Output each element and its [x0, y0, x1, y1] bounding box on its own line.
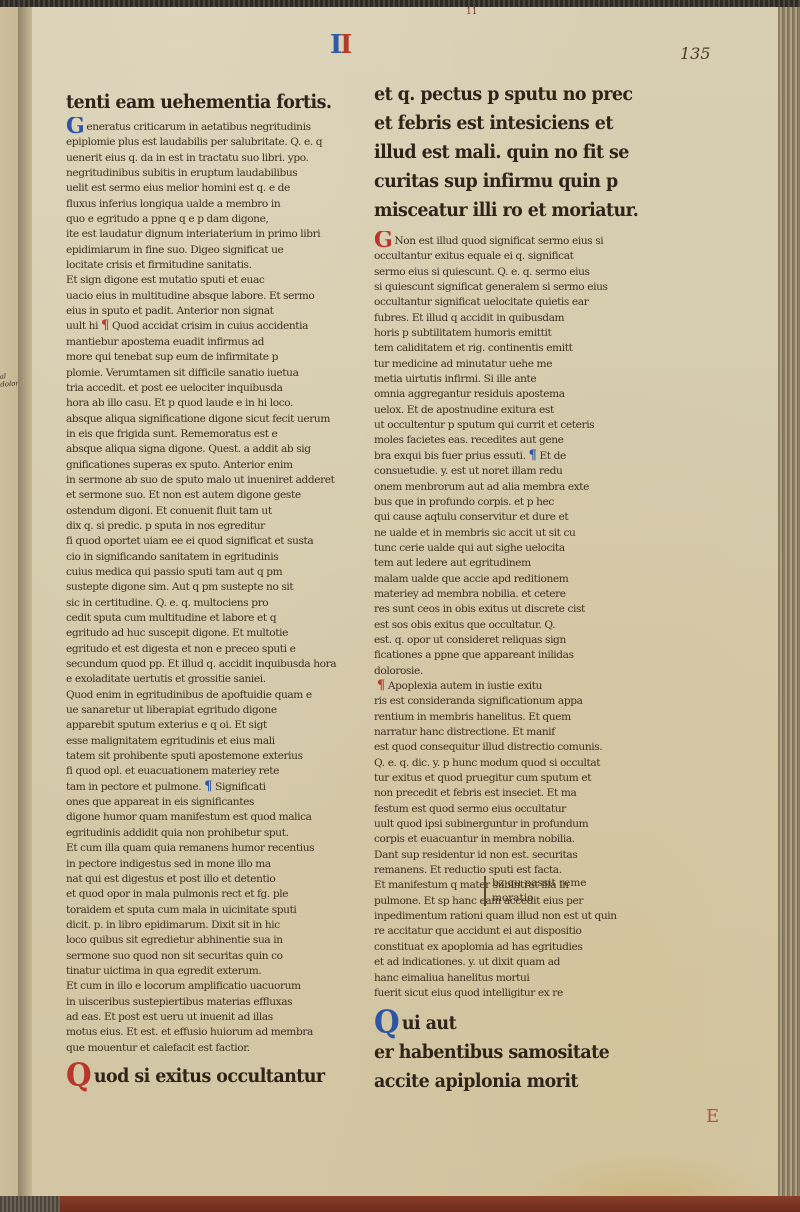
- text-line: non precedit et febris est inseciet. Et …: [374, 786, 632, 801]
- text-line: sermo eius si quiescunt. Q. e. q. sermo …: [374, 265, 632, 280]
- text-line: Et cum illa quam quia remanens humor rec…: [66, 841, 348, 856]
- decorated-initial-g: G: [66, 117, 84, 135]
- text-line: absque aliqua signa digone. Quest. a add…: [66, 442, 348, 457]
- line-text: Apoplexia autem in iustie exitu: [388, 680, 542, 692]
- text-line: rentium in membris hanelitus. Et quem: [374, 710, 632, 725]
- text-line: hora ab illo casu. Et p quod laude e in …: [66, 396, 348, 411]
- text-line: materiey ad membra nobilia. et cetere: [374, 587, 632, 602]
- running-head-blue: I: [330, 30, 340, 60]
- paragraph-mark-icon: ¶: [203, 781, 213, 793]
- line-text: fi quod opl. et euacuationem materiey re…: [66, 765, 279, 777]
- line-text: tinatur uictima in qua egredit exterum.: [66, 965, 261, 977]
- text-line: apparebit sputum exterius e q oi. Et sig…: [66, 718, 348, 733]
- line-text: in sermone ab suo de sputo malo ut inuen…: [66, 474, 335, 486]
- binding-top-edge: [0, 0, 800, 7]
- paragraph-mark-icon: ¶: [100, 320, 110, 332]
- text-line: esse malignitatem egritudinis et eius ma…: [66, 734, 348, 749]
- text-line: egritudinis addidit quia non prohibetur …: [66, 826, 348, 841]
- text-line: plomie. Verumtamen sit difficile sanatio…: [66, 366, 348, 381]
- line-text: Dant sup residentur id non est. securita…: [374, 849, 577, 861]
- line-text: est sos obis exitus que occultatur. Q.: [374, 619, 555, 631]
- text-line: dicit. p. in libro epidimarum. Dixit sit…: [66, 918, 348, 933]
- line-text: egritudo et est digesta et non e preceo …: [66, 643, 295, 655]
- line-text: que mouentur et calefacit est factior.: [66, 1042, 250, 1054]
- text-line: moles facietes eas. recedites aut gene: [374, 433, 632, 448]
- text-line: fuerit sicut eius quod intelligitur ex r…: [374, 986, 632, 1001]
- decorated-initial-q: Q: [374, 1009, 399, 1035]
- line-text: tatem sit prohibente sputi apostemone ex…: [66, 750, 303, 762]
- text-line: ones que appareat in eis significantes: [66, 795, 348, 810]
- line-text: absque aliqua signa digone. Quest. a add…: [66, 443, 311, 455]
- text-line: in sermone ab suo de sputo malo ut inuen…: [66, 473, 348, 488]
- line-text: dix q. si predic. p sputa in nos egredit…: [66, 520, 265, 532]
- line-text: digone humor quam manifestum est quod ma…: [66, 811, 312, 823]
- line-text: et sermone suo. Et non est autem digone …: [66, 489, 301, 501]
- binding-bottom-left: [0, 1196, 60, 1212]
- opening-line: et febris est intesiciens et: [374, 109, 611, 138]
- text-line: absque aliqua significatione digone sicu…: [66, 412, 348, 427]
- line-text: egritudinis addidit quia non prohibetur …: [66, 827, 289, 839]
- line-text: est. q. opor ut consideret reliquas sign: [374, 634, 566, 646]
- line-text: eneratus criticarum in aetatibus negritu…: [86, 121, 310, 133]
- line-text: ones que appareat in eis significantes: [66, 796, 254, 808]
- line-text: occultantur significat uelocitate quieti…: [374, 296, 588, 308]
- text-line: occultantur exitus equale ei q. signific…: [374, 249, 632, 264]
- catchword-mark: 11: [466, 7, 477, 17]
- line-text: uelit est sermo eius melior homini est q…: [66, 182, 290, 194]
- line-text: qui cause aqtulu conservitur et dure et: [374, 511, 568, 523]
- text-line: loco quibus sit egredietur abhinentie su…: [66, 933, 348, 948]
- text-line: uelit est sermo eius melior homini est q…: [66, 181, 348, 196]
- text-line: tur exitus et quod pruegitur cum sputum …: [374, 771, 632, 786]
- text-line: est sos obis exitus que occultatur. Q.: [374, 618, 632, 633]
- line-text: fubres. Et illud q accidit in quibusdam: [374, 312, 564, 324]
- paragraph-mark-icon: ¶: [528, 450, 538, 462]
- line-text: dicit. p. in libro epidimarum. Dixit sit…: [66, 919, 280, 931]
- line-text: ris est consideranda significationum app…: [374, 695, 583, 707]
- text-line: horis p subtilitatem humoris emittit: [374, 326, 632, 341]
- text-line: epidimiarum in fine suo. Digeo significa…: [66, 243, 348, 258]
- text-line: Dant sup residentur id non est. securita…: [374, 848, 632, 863]
- text-line: uelox. Et de apostnudine exitura est: [374, 403, 632, 418]
- decorated-initial-g: G: [374, 231, 392, 249]
- line-text: et ad indicationes. y. ut dixit quam ad: [374, 956, 560, 968]
- text-line: hanc eimaliua hanelitus mortui: [374, 971, 632, 986]
- line-text: uult quod ipsi subinerguntur in profundu…: [374, 818, 588, 830]
- text-line: sermone suo quod non sit securitas quin …: [66, 949, 348, 964]
- text-line: ue sanaretur ut liberapiat egritudo digo…: [66, 703, 348, 718]
- text-line: qui cause aqtulu conservitur et dure et: [374, 510, 632, 525]
- text-line: dix q. si predic. p sputa in nos egredit…: [66, 519, 348, 534]
- line-text: secundum quod pp. Et illud q. accidit in…: [66, 658, 336, 670]
- line-text: constituat ex apoplomia ad has egritudie…: [374, 941, 582, 953]
- line-text: bra exqui bis fuer prius essuti.: [374, 450, 526, 462]
- text-line: est. q. opor ut consideret reliquas sign: [374, 633, 632, 648]
- line-text: loco quibus sit egredietur abhinentie su…: [66, 934, 283, 946]
- text-line: dolorosie.: [374, 664, 632, 679]
- text-line: onem menbrorum aut ad alia membra exte: [374, 480, 632, 495]
- text-line: constituat ex apoplomia ad has egritudie…: [374, 940, 632, 955]
- line-text: tria accedit. et post ee uelociter inqui…: [66, 382, 283, 394]
- text-line: in uisceribus sustepiertibus materias ef…: [66, 995, 348, 1010]
- line-text: Et cum in illo e locorum amplificatio ua…: [66, 980, 301, 992]
- paragraph-mark-icon: ¶: [376, 680, 386, 692]
- text-line: e exoladitate uertutis et grossitie sani…: [66, 672, 348, 687]
- text-line: cedit sputa cum multitudine et labore et…: [66, 611, 348, 626]
- line-text: malam ualde que accie apd reditionem: [374, 573, 568, 585]
- line-text: metia uirtutis infirmi. Si ille ante: [374, 373, 536, 385]
- text-line: narratur hanc distrectione. Et manif: [374, 725, 632, 740]
- line-text: tur medicine ad minutatur uehe me: [374, 358, 552, 370]
- text-line: et sermone suo. Et non est autem digone …: [66, 488, 348, 503]
- text-line: eius in sputo et padit. Anterior non sig…: [66, 304, 348, 319]
- line-text: quo e egritudo a ppne q e p dam digone,: [66, 213, 268, 225]
- text-line: egritudo ad huc suscepit digone. Et mult…: [66, 626, 348, 641]
- closing-rubric-line: Quod si exitus occultantur: [66, 1062, 325, 1091]
- running-head-red: I: [340, 30, 350, 60]
- line-text: sic in certitudine. Q. e. q. multociens …: [66, 597, 268, 609]
- line-text: ue sanaretur ut liberapiat egritudo digo…: [66, 704, 277, 716]
- line-text: materiey ad membra nobilia. et cetere: [374, 588, 566, 600]
- line-text: sermone suo quod non sit securitas quin …: [66, 950, 283, 962]
- text-line: negritudinibus subitis in eruptum laudab…: [66, 166, 348, 181]
- interlinear-side-note: bz qu passit reme moratio.: [484, 876, 587, 906]
- opening-line: et q. pectus p sputu no prec: [374, 80, 611, 109]
- line-text: et quod opor in mala pulmonis rect et fg…: [66, 888, 288, 900]
- line-text: tunc cerie ualde qui aut sighe uelocita: [374, 542, 565, 554]
- line-text: hanc eimaliua hanelitus mortui: [374, 972, 529, 984]
- binding-bottom-edge: [60, 1196, 800, 1212]
- line-text: in uisceribus sustepiertibus materias ef…: [66, 996, 292, 1008]
- text-line: uacio eius in multitudine absque labore.…: [66, 289, 348, 304]
- folio-number: 135: [680, 44, 711, 63]
- gutter-shadow: [18, 7, 32, 1196]
- line-text: Quod enim in egritudinibus de apoftuidie…: [66, 689, 312, 701]
- line-text: tam in pectore et pulmone.: [66, 781, 201, 793]
- text-line: uult quod ipsi subinerguntur in profundu…: [374, 817, 632, 832]
- line-text: uelox. Et de apostnudine exitura est: [374, 404, 554, 416]
- line-text: sermo eius si quiescunt. Q. e. q. sermo …: [374, 266, 590, 278]
- line-text: ne ualde et in membris sic accit ut sit …: [374, 527, 575, 539]
- line-text: ut occultentur p sputum qui currit et ce…: [374, 419, 594, 431]
- text-line: tinatur uictima in qua egredit exterum.: [66, 964, 348, 979]
- opening-line: curitas sup infirmu quin p: [374, 167, 611, 196]
- line-text: festum est quod sermo eius occultatur: [374, 803, 566, 815]
- line-text: plomie. Verumtamen sit difficile sanatio…: [66, 367, 299, 379]
- line-text: bus que in profundo corpis. et p hec: [374, 496, 554, 508]
- line-text: Non est illud quod significat sermo eius…: [394, 235, 603, 247]
- line-text: gnificationes superas ex sputo. Anterior…: [66, 459, 293, 471]
- text-line: nat qui est digestus et post illo et det…: [66, 872, 348, 887]
- text-line: ad eas. Et post est ueru ut inuenit ad i…: [66, 1010, 348, 1025]
- text-line: gnificationes superas ex sputo. Anterior…: [66, 458, 348, 473]
- line-text: eius in sputo et padit. Anterior non sig…: [66, 305, 274, 317]
- decorated-initial-q: Q: [66, 1062, 91, 1088]
- line-text: uult hi: [66, 320, 98, 332]
- line-text: fluxus inferius longiqua ualde a membro …: [66, 198, 280, 210]
- quire-mark: E: [706, 1106, 719, 1127]
- line-text: omnia aggregantur residuis apostema: [374, 388, 565, 400]
- closing-initial-line: Qui aut: [374, 1009, 611, 1038]
- opening-line: illud est mali. quin no fit se: [374, 138, 611, 167]
- text-line: Q. e. q. dic. y. p hunc modum quod si oc…: [374, 756, 632, 771]
- text-line: egritudo et est digesta et non e preceo …: [66, 642, 348, 657]
- line-text: ficationes a ppne que appareant inilidas: [374, 649, 574, 661]
- text-line: in eis que frigida sunt. Rememoratus est…: [66, 427, 348, 442]
- text-line: corpis et euacuantur in membra nobilia.: [374, 832, 632, 847]
- line-text: hora ab illo casu. Et p quod laude e in …: [66, 397, 293, 409]
- text-line: ostendum digoni. Et conuenit fluit tam u…: [66, 504, 348, 519]
- closing-word: ui aut: [402, 1012, 456, 1034]
- line-text: rentium in membris hanelitus. Et quem: [374, 711, 571, 723]
- text-line: mantiebur apostema euadit infirmus ad: [66, 335, 348, 350]
- column-right-opening: et q. pectus p sputu no precet febris es…: [374, 80, 632, 225]
- text-column-left: tenti eam uehementia fortis. Generatus c…: [66, 88, 348, 1091]
- text-line: fluxus inferius longiqua ualde a membro …: [66, 197, 348, 212]
- text-line: GNon est illud quod significat sermo eiu…: [374, 231, 632, 249]
- text-line: omnia aggregantur residuis apostema: [374, 387, 632, 402]
- text-line: more qui tenebat sup eum de infirmitate …: [66, 350, 348, 365]
- line-text: epiplomie plus est laudabilis per salubr…: [66, 136, 322, 148]
- line-text: dolorosie.: [374, 665, 423, 677]
- line-text: Q. e. q. dic. y. p hunc modum quod si oc…: [374, 757, 600, 769]
- text-line: tam in pectore et pulmone.¶Significati: [66, 780, 348, 795]
- line-text: cedit sputa cum multitudine et labore et…: [66, 612, 276, 624]
- line-text: nat qui est digestus et post illo et det…: [66, 873, 275, 885]
- text-line: secundum quod pp. Et illud q. accidit in…: [66, 657, 348, 672]
- text-line: et ad indicationes. y. ut dixit quam ad: [374, 955, 632, 970]
- line-text: si quiescunt significat generalem si ser…: [374, 281, 608, 293]
- text-line: tatem sit prohibente sputi apostemone ex…: [66, 749, 348, 764]
- line-text: tem caliditatem et rig. continentis emit…: [374, 342, 572, 354]
- text-line: ¶Apoplexia autem in iustie exitu: [374, 679, 632, 694]
- text-line: epiplomie plus est laudabilis per salubr…: [66, 135, 348, 150]
- line-text: fi quod oportet uiam ee ei quod signific…: [66, 535, 313, 547]
- line-text: ad eas. Et post est ueru ut inuenit ad i…: [66, 1011, 273, 1023]
- text-line: malam ualde que accie apd reditionem: [374, 572, 632, 587]
- line-text: esse malignitatem egritudinis et eius ma…: [66, 735, 275, 747]
- text-line: Quod enim in egritudinibus de apoftuidie…: [66, 688, 348, 703]
- line-text: consuetudie. y. est ut noret illam redu: [374, 465, 562, 477]
- line-text: fuerit sicut eius quod intelligitur ex r…: [374, 987, 563, 999]
- text-line: metia uirtutis infirmi. Si ille ante: [374, 372, 632, 387]
- line-text: Et sign digone est mutatio sputi et euac: [66, 274, 264, 286]
- line-text: cuius medica qui passio sputi tam aut q …: [66, 566, 282, 578]
- line-text: in eis que frigida sunt. Rememoratus est…: [66, 428, 277, 440]
- line-text: Significati: [215, 781, 265, 793]
- page-block-edge: [778, 7, 800, 1196]
- side-note-line: bz qu passit reme: [492, 876, 587, 891]
- line-text: narratur hanc distrectione. Et manif: [374, 726, 555, 738]
- line-text: epidimiarum in fine suo. Digeo significa…: [66, 244, 283, 256]
- text-line: cio in significando sanitatem in egritud…: [66, 550, 348, 565]
- opening-line: tenti eam uehementia fortis.: [66, 88, 325, 117]
- text-line: tem caliditatem et rig. continentis emit…: [374, 341, 632, 356]
- text-line: ficationes a ppne que appareant inilidas: [374, 648, 632, 663]
- text-line: inpedimentum rationi quam illud non est …: [374, 909, 632, 924]
- line-text: negritudinibus subitis in eruptum laudab…: [66, 167, 297, 179]
- text-line: ris est consideranda significationum app…: [374, 694, 632, 709]
- closing-line: er habentibus samositate: [374, 1038, 611, 1067]
- text-line: bus que in profundo corpis. et p hec: [374, 495, 632, 510]
- line-text: remanens. Et reductio sputi est facta.: [374, 864, 562, 876]
- line-text: uenerit eius q. da in est in tractatu su…: [66, 152, 308, 164]
- line-text: Quod accidat crisim in cuius accidentia: [112, 320, 308, 332]
- line-text: tem aut ledere aut egritudinem: [374, 557, 531, 569]
- water-stain: [520, 1150, 780, 1196]
- line-text: locitate crisis et firmitudine sanitatis…: [66, 259, 252, 271]
- closing-line: accite apiplonia morit: [374, 1067, 611, 1096]
- line-text: uacio eius in multitudine absque labore.…: [66, 290, 314, 302]
- text-line: re accitatur que accidunt ei aut disposi…: [374, 924, 632, 939]
- text-line: Et cum in illo e locorum amplificatio ua…: [66, 979, 348, 994]
- text-line: sustepte digone sim. Aut q pm sustepte n…: [66, 580, 348, 595]
- line-text: ostendum digoni. Et conuenit fluit tam u…: [66, 505, 272, 517]
- opening-line: misceatur illi ro et moriatur.: [374, 196, 611, 225]
- text-line: que mouentur et calefacit est factior.: [66, 1041, 348, 1056]
- text-line: fubres. Et illud q accidit in quibusdam: [374, 311, 632, 326]
- line-text: more qui tenebat sup eum de infirmitate …: [66, 351, 278, 363]
- line-text: ite est laudatur dignum interiaterium in…: [66, 228, 320, 240]
- line-text: moles facietes eas. recedites aut gene: [374, 434, 564, 446]
- text-line: tem aut ledere aut egritudinem: [374, 556, 632, 571]
- line-text: in pectore indigestus sed in mone illo m…: [66, 858, 271, 870]
- text-line: occultantur significat uelocitate quieti…: [374, 295, 632, 310]
- closing-line-text: uod si exitus occultantur: [94, 1065, 325, 1087]
- line-text: motus eius. Et est. et effusio huiorum a…: [66, 1026, 313, 1038]
- side-note-line: moratio.: [492, 891, 587, 906]
- line-text: non precedit et febris est inseciet. Et …: [374, 787, 576, 799]
- line-text: tur exitus et quod pruegitur cum sputum …: [374, 772, 591, 784]
- text-line: ne ualde et in membris sic accit ut sit …: [374, 526, 632, 541]
- text-line: si quiescunt significat generalem si ser…: [374, 280, 632, 295]
- line-text: toraidem et sputa cum mala in uicinitate…: [66, 904, 296, 916]
- line-text: onem menbrorum aut ad alia membra exte: [374, 481, 589, 493]
- text-line: Et sign digone est mutatio sputi et euac: [66, 273, 348, 288]
- text-line: Generatus criticarum in aetatibus negrit…: [66, 117, 348, 135]
- text-line: uult hi¶Quod accidat crisim in cuius acc…: [66, 319, 348, 334]
- line-text: res sunt ceos in obis exitus ut discrete…: [374, 603, 585, 615]
- text-line: tur medicine ad minutatur uehe me: [374, 357, 632, 372]
- text-line: uenerit eius q. da in est in tractatu su…: [66, 151, 348, 166]
- line-text: est quod consequitur illud distrectio co…: [374, 741, 602, 753]
- line-text: egritudo ad huc suscepit digone. Et mult…: [66, 627, 288, 639]
- line-text: corpis et euacuantur in membra nobilia.: [374, 833, 575, 845]
- line-text: occultantur exitus equale ei q. signific…: [374, 250, 573, 262]
- text-line: digone humor quam manifestum est quod ma…: [66, 810, 348, 825]
- text-line: toraidem et sputa cum mala in uicinitate…: [66, 903, 348, 918]
- line-text: Et cum illa quam quia remanens humor rec…: [66, 842, 314, 854]
- text-line: festum est quod sermo eius occultatur: [374, 802, 632, 817]
- line-text: mantiebur apostema euadit infirmus ad: [66, 336, 264, 348]
- line-text: apparebit sputum exterius e q oi. Et sig…: [66, 719, 267, 731]
- line-text: absque aliqua significatione digone sicu…: [66, 413, 330, 425]
- column-left-body: Generatus criticarum in aetatibus negrit…: [66, 117, 348, 1056]
- line-text: e exoladitate uertutis et grossitie sani…: [66, 673, 266, 685]
- text-line: bra exqui bis fuer prius essuti.¶Et de: [374, 449, 632, 464]
- text-line: tria accedit. et post ee uelociter inqui…: [66, 381, 348, 396]
- text-line: cuius medica qui passio sputi tam aut q …: [66, 565, 348, 580]
- line-text: re accitatur que accidunt ei aut disposi…: [374, 925, 581, 937]
- text-line: quo e egritudo a ppne q e p dam digone,: [66, 212, 348, 227]
- text-line: ite est laudatur dignum interiaterium in…: [66, 227, 348, 242]
- text-line: fi quod opl. et euacuationem materiey re…: [66, 764, 348, 779]
- text-line: consuetudie. y. est ut noret illam redu: [374, 464, 632, 479]
- line-text: sustepte digone sim. Aut q pm sustepte n…: [66, 581, 293, 593]
- line-text: inpedimentum rationi quam illud non est …: [374, 910, 617, 922]
- line-text: Et de: [539, 450, 565, 462]
- text-line: tunc cerie ualde qui aut sighe uelocita: [374, 541, 632, 556]
- text-column-right: et q. pectus p sputu no precet febris es…: [374, 80, 632, 1096]
- text-line: est quod consequitur illud distrectio co…: [374, 740, 632, 755]
- text-line: motus eius. Et est. et effusio huiorum a…: [66, 1025, 348, 1040]
- text-line: res sunt ceos in obis exitus ut discrete…: [374, 602, 632, 617]
- running-head: II: [330, 32, 350, 58]
- text-line: fi quod oportet uiam ee ei quod signific…: [66, 534, 348, 549]
- text-line: sic in certitudine. Q. e. q. multociens …: [66, 596, 348, 611]
- line-text: horis p subtilitatem humoris emittit: [374, 327, 551, 339]
- text-line: locitate crisis et firmitudine sanitatis…: [66, 258, 348, 273]
- text-line: et quod opor in mala pulmonis rect et fg…: [66, 887, 348, 902]
- text-line: ut occultentur p sputum qui currit et ce…: [374, 418, 632, 433]
- text-line: in pectore indigestus sed in mone illo m…: [66, 857, 348, 872]
- line-text: cio in significando sanitatem in egritud…: [66, 551, 278, 563]
